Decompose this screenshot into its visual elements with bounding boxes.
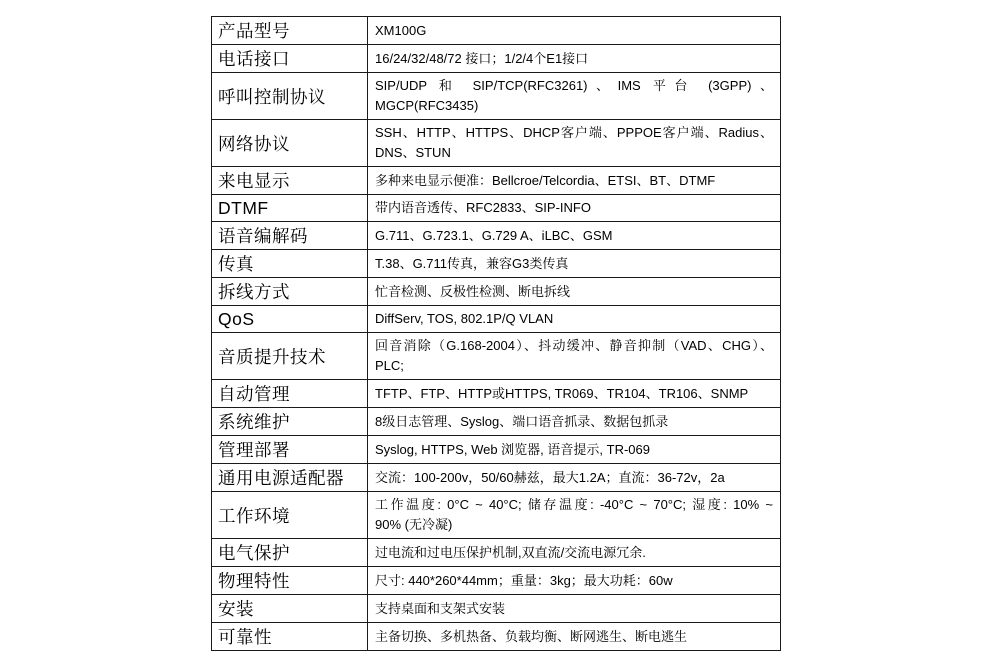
spec-value-line: Syslog, HTTPS, Web 浏览器, 语音提示, TR-069	[375, 440, 773, 460]
spec-label-cell: 传真	[212, 250, 368, 278]
spec-value-line: 90% (无冷凝)	[375, 515, 773, 535]
table-row: 通用电源适配器交流：100-200v，50/60赫兹，最大1.2A；直流：36-…	[212, 464, 781, 492]
spec-value-cell: 工作温度: 0°C ~ 40°C; 储存温度: -40°C ~ 70°C; 湿度…	[368, 492, 781, 539]
table-row: 呼叫控制协议SIP/UDP 和 SIP/TCP(RFC3261)、IMS 平台 …	[212, 73, 781, 120]
spec-label-cell: 自动管理	[212, 380, 368, 408]
spec-value-line: 回音消除（G.168-2004）、抖动缓冲、静音抑制（VAD、CHG）、	[375, 336, 773, 356]
spec-value-cell: 忙音检测、反极性检测、断电拆线	[368, 278, 781, 306]
table-row: 安装支持桌面和支架式安装	[212, 595, 781, 623]
table-row: 电气保护过电流和过电压保护机制,双直流/交流电源冗余.	[212, 539, 781, 567]
spec-value-line: T.38、G.711传真，兼容G3类传真	[375, 254, 773, 274]
spec-value-line: 多种来电显示便准：Bellcroe/Telcordia、ETSI、BT、DTMF	[375, 171, 773, 191]
spec-value-line: DNS、STUN	[375, 143, 773, 163]
spec-value-line: XM100G	[375, 21, 773, 41]
table-row: DTMF带内语音透传、RFC2833、SIP-INFO	[212, 195, 781, 222]
spec-value-cell: 过电流和过电压保护机制,双直流/交流电源冗余.	[368, 539, 781, 567]
spec-value-line: 16/24/32/48/72 接口；1/2/4个E1接口	[375, 49, 773, 69]
table-row: 自动管理TFTP、FTP、HTTP或HTTPS, TR069、TR104、TR1…	[212, 380, 781, 408]
spec-value-line: 交流：100-200v，50/60赫兹，最大1.2A；直流：36-72v，2a	[375, 468, 773, 488]
spec-label-cell: 工作环境	[212, 492, 368, 539]
spec-label-cell: 来电显示	[212, 167, 368, 195]
spec-value-cell: 带内语音透传、RFC2833、SIP-INFO	[368, 195, 781, 222]
spec-label-cell: DTMF	[212, 195, 368, 222]
spec-label-cell: 电气保护	[212, 539, 368, 567]
spec-label-cell: 拆线方式	[212, 278, 368, 306]
spec-value-cell: Syslog, HTTPS, Web 浏览器, 语音提示, TR-069	[368, 436, 781, 464]
spec-label-cell: 系统维护	[212, 408, 368, 436]
spec-value-line: SIP/UDP 和 SIP/TCP(RFC3261)、IMS 平台 (3GPP)…	[375, 76, 773, 96]
spec-value-line: G.711、G.723.1、G.729 A、iLBC、GSM	[375, 226, 773, 246]
table-row: 管理部署Syslog, HTTPS, Web 浏览器, 语音提示, TR-069	[212, 436, 781, 464]
spec-value-line: SSH、HTTP、HTTPS、DHCP客户端、PPPOE客户端、Radius、	[375, 123, 773, 143]
spec-value-cell: 交流：100-200v，50/60赫兹，最大1.2A；直流：36-72v，2a	[368, 464, 781, 492]
spec-label-cell: 语音编解码	[212, 222, 368, 250]
spec-label-cell: 安装	[212, 595, 368, 623]
spec-label-cell: 产品型号	[212, 17, 368, 45]
spec-value-line: 工作温度: 0°C ~ 40°C; 储存温度: -40°C ~ 70°C; 湿度…	[375, 495, 773, 515]
table-row: 电话接口16/24/32/48/72 接口；1/2/4个E1接口	[212, 45, 781, 73]
spec-value-line: 主备切换、多机热备、负载均衡、断网逃生、断电逃生	[375, 627, 773, 647]
table-row: 网络协议SSH、HTTP、HTTPS、DHCP客户端、PPPOE客户端、Radi…	[212, 120, 781, 167]
table-row: 系统维护8级日志管理、Syslog、端口语音抓录、数据包抓录	[212, 408, 781, 436]
table-row: QoSDiffServ, TOS, 802.1P/Q VLAN	[212, 306, 781, 333]
table-row: 音质提升技术回音消除（G.168-2004）、抖动缓冲、静音抑制（VAD、CHG…	[212, 333, 781, 380]
spec-value-cell: 回音消除（G.168-2004）、抖动缓冲、静音抑制（VAD、CHG）、PLC;	[368, 333, 781, 380]
spec-value-cell: SSH、HTTP、HTTPS、DHCP客户端、PPPOE客户端、Radius、D…	[368, 120, 781, 167]
spec-label-cell: 通用电源适配器	[212, 464, 368, 492]
table-row: 语音编解码G.711、G.723.1、G.729 A、iLBC、GSM	[212, 222, 781, 250]
spec-value-cell: 主备切换、多机热备、负载均衡、断网逃生、断电逃生	[368, 623, 781, 651]
table-row: 产品型号XM100G	[212, 17, 781, 45]
spec-value-cell: TFTP、FTP、HTTP或HTTPS, TR069、TR104、TR106、S…	[368, 380, 781, 408]
spec-value-line: 支持桌面和支架式安装	[375, 599, 773, 619]
spec-value-line: 尺寸: 440*260*44mm；重量：3kg；最大功耗：60w	[375, 571, 773, 591]
spec-value-line: DiffServ, TOS, 802.1P/Q VLAN	[375, 309, 773, 329]
spec-table: 产品型号XM100G电话接口16/24/32/48/72 接口；1/2/4个E1…	[211, 16, 781, 651]
spec-value-cell: XM100G	[368, 17, 781, 45]
spec-value-line: 过电流和过电压保护机制,双直流/交流电源冗余.	[375, 543, 773, 563]
spec-value-line: TFTP、FTP、HTTP或HTTPS, TR069、TR104、TR106、S…	[375, 384, 773, 404]
table-row: 来电显示多种来电显示便准：Bellcroe/Telcordia、ETSI、BT、…	[212, 167, 781, 195]
spec-label-cell: 呼叫控制协议	[212, 73, 368, 120]
table-row: 工作环境工作温度: 0°C ~ 40°C; 储存温度: -40°C ~ 70°C…	[212, 492, 781, 539]
spec-value-cell: T.38、G.711传真，兼容G3类传真	[368, 250, 781, 278]
spec-value-cell: 多种来电显示便准：Bellcroe/Telcordia、ETSI、BT、DTMF	[368, 167, 781, 195]
spec-label-cell: 可靠性	[212, 623, 368, 651]
spec-table-body: 产品型号XM100G电话接口16/24/32/48/72 接口；1/2/4个E1…	[212, 17, 781, 651]
spec-label-cell: 电话接口	[212, 45, 368, 73]
spec-value-cell: SIP/UDP 和 SIP/TCP(RFC3261)、IMS 平台 (3GPP)…	[368, 73, 781, 120]
spec-label-cell: 音质提升技术	[212, 333, 368, 380]
spec-value-cell: 8级日志管理、Syslog、端口语音抓录、数据包抓录	[368, 408, 781, 436]
spec-value-cell: 16/24/32/48/72 接口；1/2/4个E1接口	[368, 45, 781, 73]
table-row: 拆线方式忙音检测、反极性检测、断电拆线	[212, 278, 781, 306]
table-row: 可靠性主备切换、多机热备、负载均衡、断网逃生、断电逃生	[212, 623, 781, 651]
spec-label-cell: 网络协议	[212, 120, 368, 167]
spec-label-cell: QoS	[212, 306, 368, 333]
spec-label-cell: 管理部署	[212, 436, 368, 464]
spec-value-cell: DiffServ, TOS, 802.1P/Q VLAN	[368, 306, 781, 333]
spec-value-cell: G.711、G.723.1、G.729 A、iLBC、GSM	[368, 222, 781, 250]
spec-value-line: 带内语音透传、RFC2833、SIP-INFO	[375, 198, 773, 218]
spec-value-line: 忙音检测、反极性检测、断电拆线	[375, 282, 773, 302]
spec-value-line: MGCP(RFC3435)	[375, 96, 773, 116]
spec-value-cell: 支持桌面和支架式安装	[368, 595, 781, 623]
table-row: 传真T.38、G.711传真，兼容G3类传真	[212, 250, 781, 278]
spec-value-cell: 尺寸: 440*260*44mm；重量：3kg；最大功耗：60w	[368, 567, 781, 595]
spec-value-line: PLC;	[375, 356, 773, 376]
table-row: 物理特性尺寸: 440*260*44mm；重量：3kg；最大功耗：60w	[212, 567, 781, 595]
spec-value-line: 8级日志管理、Syslog、端口语音抓录、数据包抓录	[375, 412, 773, 432]
spec-label-cell: 物理特性	[212, 567, 368, 595]
